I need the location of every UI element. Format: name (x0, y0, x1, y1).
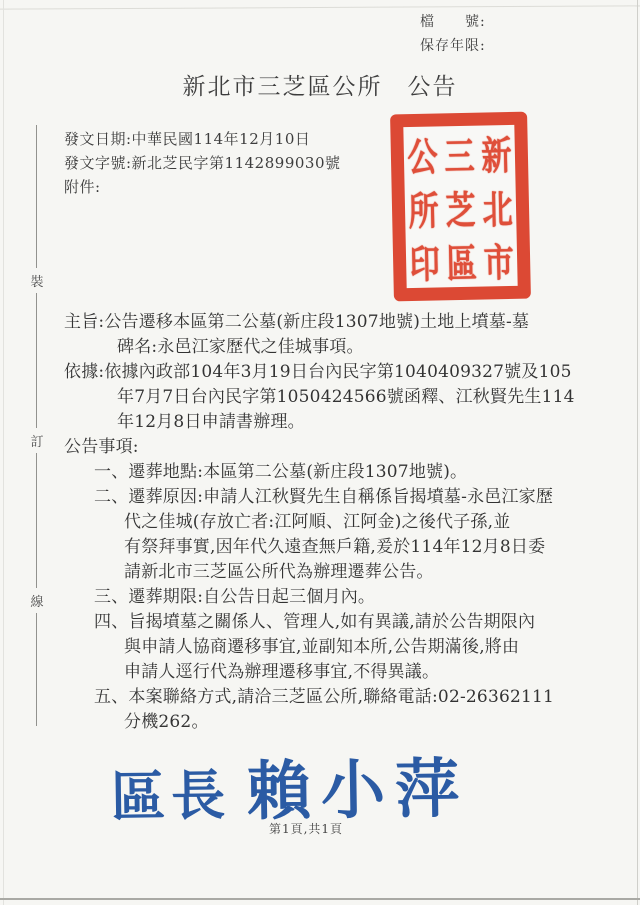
item-2-line: 代之佳城(存放亡者:江阿順、江阿金)之後代子孫,並 (64, 510, 604, 535)
scan-edge-right (637, 0, 638, 905)
item-5-line: 分機262。 (64, 710, 604, 735)
attachment-label: 附件: (64, 175, 341, 199)
seal-char: 印 (405, 226, 443, 297)
scan-edge-bottom (0, 898, 640, 900)
basis-line: 年12月8日申請書辦理。 (64, 410, 604, 435)
item-4-line: 與申請人協商遷移事宜,並副知本所,公告期滿後,將由 (64, 635, 604, 660)
item-5-line: 五、本案聯絡方式,請洽三芝區公所,聯絡電話:02-26362111 (64, 685, 604, 710)
issue-date: 發文日期:中華民國114年12月10日 (64, 127, 341, 151)
signature-title: 區長 (111, 763, 232, 829)
file-number-block: 檔 號: 保存年限: (420, 10, 486, 58)
seal-characters: 公 所 印 三 芝 區 新 北 市 (403, 125, 517, 288)
retention-period-label: 保存年限: (420, 34, 486, 58)
seal-char: 市 (479, 224, 517, 295)
doc-number: 發文字號:新北芝民字第1142899030號 (64, 151, 341, 175)
basis-line: 年7月7日台內民字第1050424566號函釋、江秋賢先生114 (64, 385, 604, 410)
item-4-line: 四、旨揭墳墓之關係人、管理人,如有異議,請於公告期限內 (64, 610, 604, 635)
signature-name: 賴小萍 (247, 752, 470, 830)
item-2-line: 有祭拜事實,因年代久遠查無戶籍,爰於114年12月8日委 (64, 535, 604, 560)
binding-line (36, 125, 37, 726)
file-number-label: 檔 號: (420, 10, 486, 34)
binding-label-ding: 訂 (28, 428, 46, 453)
item-4-line: 申請人逕行代為辦理遷移事宜,不得異議。 (64, 660, 604, 685)
announcement-body: 主旨:公告遷移本區第二公墓(新庄段1307地號)土地上墳墓-墓 碑名:永邑江家歷… (64, 310, 604, 735)
subject-line: 主旨:公告遷移本區第二公墓(新庄段1307地號)土地上墳墓-墓 (64, 310, 604, 335)
basis-line: 依據:依據內政部104年3月19日台內民字第1040409327號及105 (64, 360, 604, 385)
items-heading: 公告事項: (64, 435, 604, 460)
item-1-line: 一、遷葬地點:本區第二公墓(新庄段1307地號)。 (64, 460, 604, 485)
scan-edge-left (3, 0, 4, 905)
meta-block: 發文日期:中華民國114年12月10日 發文字號:新北芝民字第114289903… (64, 127, 341, 199)
scanned-announcement-page: 檔 號: 保存年限: 新北市三芝區公所 公告 發文日期:中華民國114年12月1… (0, 0, 640, 905)
document-title: 新北市三芝區公所 公告 (0, 68, 640, 101)
item-3-line: 三、遷葬期限:自公告日起三個月內。 (64, 585, 604, 610)
item-2-line: 請新北市三芝區公所代為辦理遷葬公告。 (64, 560, 604, 585)
seal-char: 區 (442, 225, 480, 296)
binding-label-zhuang: 裝 (28, 268, 46, 293)
page-footer: 第1頁,共1頁 (0, 820, 612, 837)
official-seal: 公 所 印 三 芝 區 新 北 市 (390, 112, 531, 302)
scan-edge-top (0, 5, 640, 9)
item-2-line: 二、遷葬原因:申請人江秋賢先生自稱係旨揭墳墓-永邑江家歷 (64, 485, 604, 510)
subject-line: 碑名:永邑江家歷代之佳城事項。 (64, 335, 604, 360)
binding-label-xian: 線 (28, 588, 46, 613)
